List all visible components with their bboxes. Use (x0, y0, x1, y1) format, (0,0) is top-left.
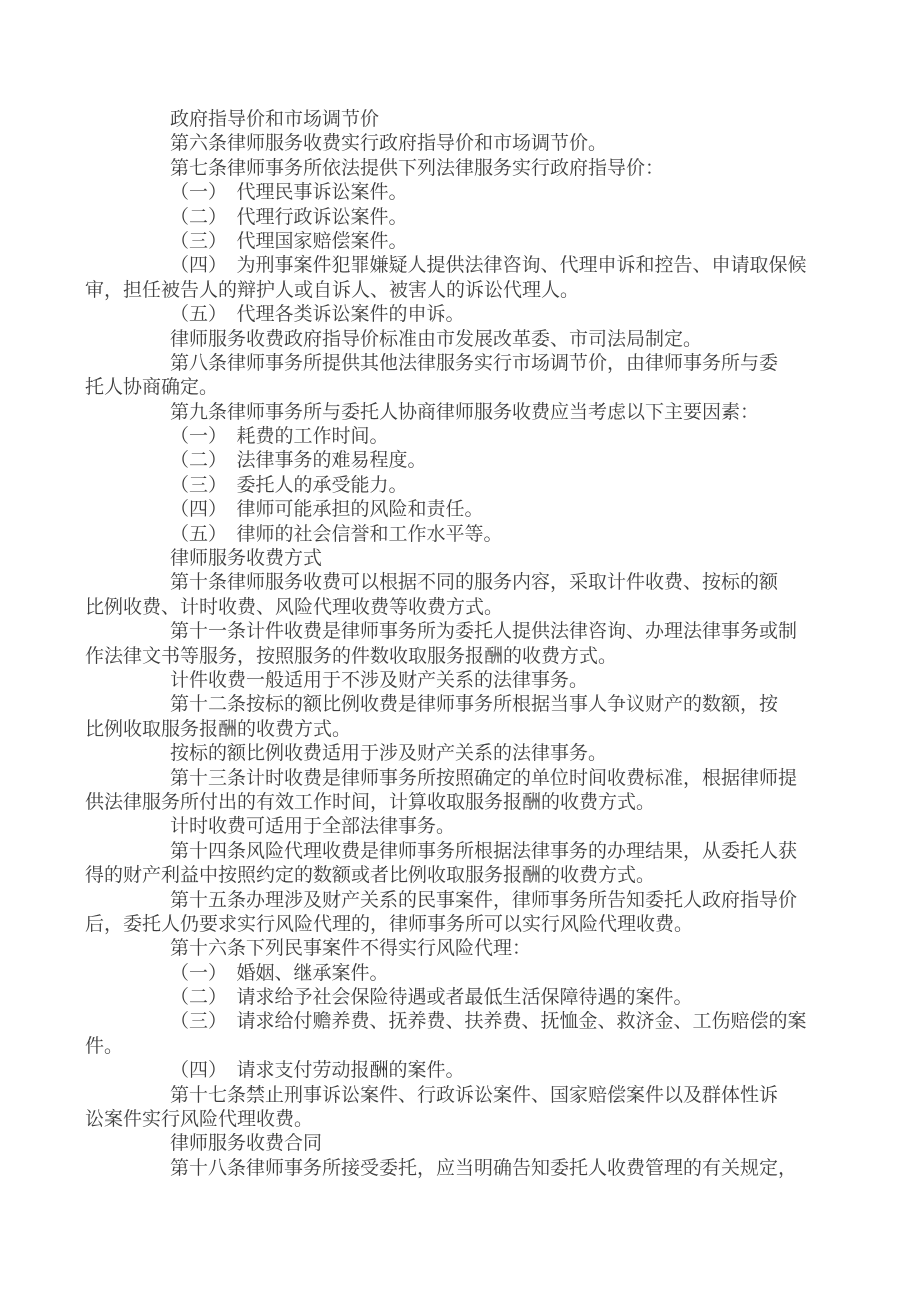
text-line: （五） 代理各类诉讼案件的申诉。 (0, 303, 920, 327)
text-line: 第十三条计时收费是律师事务所按照确定的单位时间收费标准，根据律师提 (0, 767, 920, 791)
text-line: 第十八条律师事务所接受委托，应当明确告知委托人收费管理的有关规定， (0, 1157, 920, 1181)
text-line: 后，委托人仍要求实行风险代理的，律师事务所可以实行风险代理收费。 (0, 913, 920, 937)
text-line: （一） 代理民事诉讼案件。 (0, 181, 920, 205)
text-line: 政府指导价和市场调节价 (0, 108, 920, 132)
text-line: 第六条律师服务收费实行政府指导价和市场调节价。 (0, 132, 920, 156)
text-line: （一） 耗费的工作时间。 (0, 425, 920, 449)
text-line: （四） 请求支付劳动报酬的案件。 (0, 1059, 920, 1083)
text-line: 律师服务收费政府指导价标准由市发展改革委、市司法局制定。 (0, 328, 920, 352)
text-line: 按标的额比例收费适用于涉及财产关系的法律事务。 (0, 742, 920, 766)
text-line: 托人协商确定。 (0, 376, 920, 400)
text-line: 计件收费一般适用于不涉及财产关系的法律事务。 (0, 669, 920, 693)
text-line: 第九条律师事务所与委托人协商律师服务收费应当考虑以下主要因素： (0, 401, 920, 425)
text-line: 计时收费可适用于全部法律事务。 (0, 815, 920, 839)
text-line: 作法律文书等服务，按照服务的件数收取服务报酬的收费方式。 (0, 645, 920, 669)
text-line: （三） 代理国家赔偿案件。 (0, 230, 920, 254)
text-line: 第十条律师服务收费可以根据不同的服务内容，采取计件收费、按标的额 (0, 571, 920, 595)
document-page: 政府指导价和市场调节价 第六条律师服务收费实行政府指导价和市场调节价。 第七条律… (0, 0, 920, 1181)
text-line: 律师服务收费方式 (0, 547, 920, 571)
text-line: 审，担任被告人的辩护人或自诉人、被害人的诉讼代理人。 (0, 279, 920, 303)
text-line: （二） 法律事务的难易程度。 (0, 449, 920, 473)
text-line: 第十四条风险代理收费是律师事务所根据法律事务的办理结果，从委托人获 (0, 840, 920, 864)
text-line: （三） 委托人的承受能力。 (0, 474, 920, 498)
text-line: 第十七条禁止刑事诉讼案件、行政诉讼案件、国家赔偿案件以及群体性诉 (0, 1084, 920, 1108)
text-line: 供法律服务所付出的有效工作时间，计算收取服务报酬的收费方式。 (0, 791, 920, 815)
text-line: （二） 代理行政诉讼案件。 (0, 206, 920, 230)
text-line: 第十五条办理涉及财产关系的民事案件，律师事务所告知委托人政府指导价 (0, 889, 920, 913)
text-line: （四） 为刑事案件犯罪嫌疑人提供法律咨询、代理申诉和控告、申请取保候 (0, 254, 920, 278)
text-line: （三） 请求给付赡养费、抚养费、扶养费、抚恤金、救济金、工伤赔偿的案 (0, 1010, 920, 1034)
text-line: （一） 婚姻、继承案件。 (0, 962, 920, 986)
text-line: 讼案件实行风险代理收费。 (0, 1108, 920, 1132)
text-line: 第十二条按标的额比例收费是律师事务所根据当事人争议财产的数额，按 (0, 693, 920, 717)
text-line: 律师服务收费合同 (0, 1132, 920, 1156)
text-line: 比例收取服务报酬的收费方式。 (0, 718, 920, 742)
text-line: （二） 请求给予社会保险待遇或者最低生活保障待遇的案件。 (0, 986, 920, 1010)
text-line: （五） 律师的社会信誉和工作水平等。 (0, 523, 920, 547)
text-line: 第十一条计件收费是律师事务所为委托人提供法律咨询、办理法律事务或制 (0, 620, 920, 644)
text-line: 得的财产利益中按照约定的数额或者比例收取服务报酬的收费方式。 (0, 864, 920, 888)
text-line: 第八条律师事务所提供其他法律服务实行市场调节价，由律师事务所与委 (0, 352, 920, 376)
text-line: 第七条律师事务所依法提供下列法律服务实行政府指导价： (0, 157, 920, 181)
text-line: 第十六条下列民事案件不得实行风险代理： (0, 937, 920, 961)
text-line: （四） 律师可能承担的风险和责任。 (0, 498, 920, 522)
text-line: 件。 (0, 1035, 920, 1059)
text-line: 比例收费、计时收费、风险代理收费等收费方式。 (0, 596, 920, 620)
